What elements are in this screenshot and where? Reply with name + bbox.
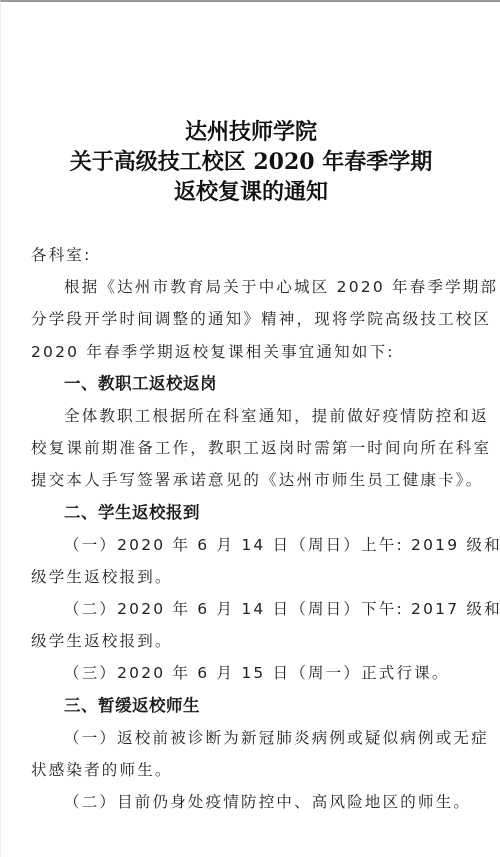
list-item: （一）2020 年 6 月 14 日（周日）上午: 2019 级和 2018 级…	[31, 529, 471, 593]
paragraph-line: 状感染者的师生。	[31, 754, 471, 786]
intro-paragraph: 根据《达州市教育局关于中心城区 2020 年春季学期部 分学段开学时间调整的通知…	[31, 271, 471, 368]
section-postponed-return: 三、暂缓返校师生 （一）返校前被诊断为新冠肺炎病例或疑似病例或无症 状感染者的师…	[31, 690, 471, 819]
title-line-notice: 返校复课的通知	[1, 177, 500, 207]
paragraph-line: （一）2020 年 6 月 14 日（周日）上午: 2019 级和 2018	[31, 529, 471, 561]
title-line-institution: 达州技师学院	[1, 117, 500, 147]
list-item: （三）2020 年 6 月 15 日（周一）正式行课。	[31, 657, 471, 689]
paragraph-line: 2020 年春季学期返校复课相关事宜通知如下:	[31, 336, 471, 368]
paragraph-line: 级学生返校报到。	[31, 561, 471, 593]
list-item: （二）2020 年 6 月 14 日（周日）下午: 2017 级和 2016 级…	[31, 593, 471, 657]
paragraph-line: （二）2020 年 6 月 14 日（周日）下午: 2017 级和 2016	[31, 593, 471, 625]
list-item: （二）目前仍身处疫情防控中、高风险地区的师生。	[31, 786, 471, 818]
paragraph-line: 全体教职工根据所在科室通知，提前做好疫情防控和返	[31, 400, 471, 432]
section-student-return: 二、学生返校报到 （一）2020 年 6 月 14 日（周日）上午: 2019 …	[31, 497, 471, 690]
document-body: 各科室: 根据《达州市教育局关于中心城区 2020 年春季学期部 分学段开学时间…	[31, 239, 471, 818]
paragraph-line: （二）目前仍身处疫情防控中、高风险地区的师生。	[31, 786, 471, 818]
document-page: 达州技师学院 关于高级技工校区 2020 年春季学期 返校复课的通知 各科室: …	[0, 0, 500, 857]
salutation: 各科室:	[31, 239, 471, 271]
document-title: 达州技师学院 关于高级技工校区 2020 年春季学期 返校复课的通知	[1, 117, 500, 207]
list-item: （一）返校前被诊断为新冠肺炎病例或疑似病例或无症 状感染者的师生。	[31, 722, 471, 786]
section-heading: 一、教职工返校返岗	[31, 368, 471, 400]
section-heading: 二、学生返校报到	[31, 497, 471, 529]
paragraph-line: 根据《达州市教育局关于中心城区 2020 年春季学期部	[31, 271, 471, 303]
paragraph-line: 提交本人手写签署承诺意见的《达州市师生员工健康卡》。	[31, 464, 471, 496]
paragraph-line: 级学生返校报到。	[31, 625, 471, 657]
paragraph-line: 分学段开学时间调整的通知》精神，现将学院高级技工校区	[31, 303, 471, 335]
paragraph-line: 校复课前期准备工作，教职工返岗时需第一时间向所在科室	[31, 432, 471, 464]
paragraph-line: （一）返校前被诊断为新冠肺炎病例或疑似病例或无症	[31, 722, 471, 754]
paragraph-line: （三）2020 年 6 月 15 日（周一）正式行课。	[31, 657, 471, 689]
section-heading: 三、暂缓返校师生	[31, 690, 471, 722]
title-line-subject: 关于高级技工校区 2020 年春季学期	[1, 147, 500, 177]
section-staff-return: 一、教职工返校返岗 全体教职工根据所在科室通知，提前做好疫情防控和返 校复课前期…	[31, 368, 471, 497]
